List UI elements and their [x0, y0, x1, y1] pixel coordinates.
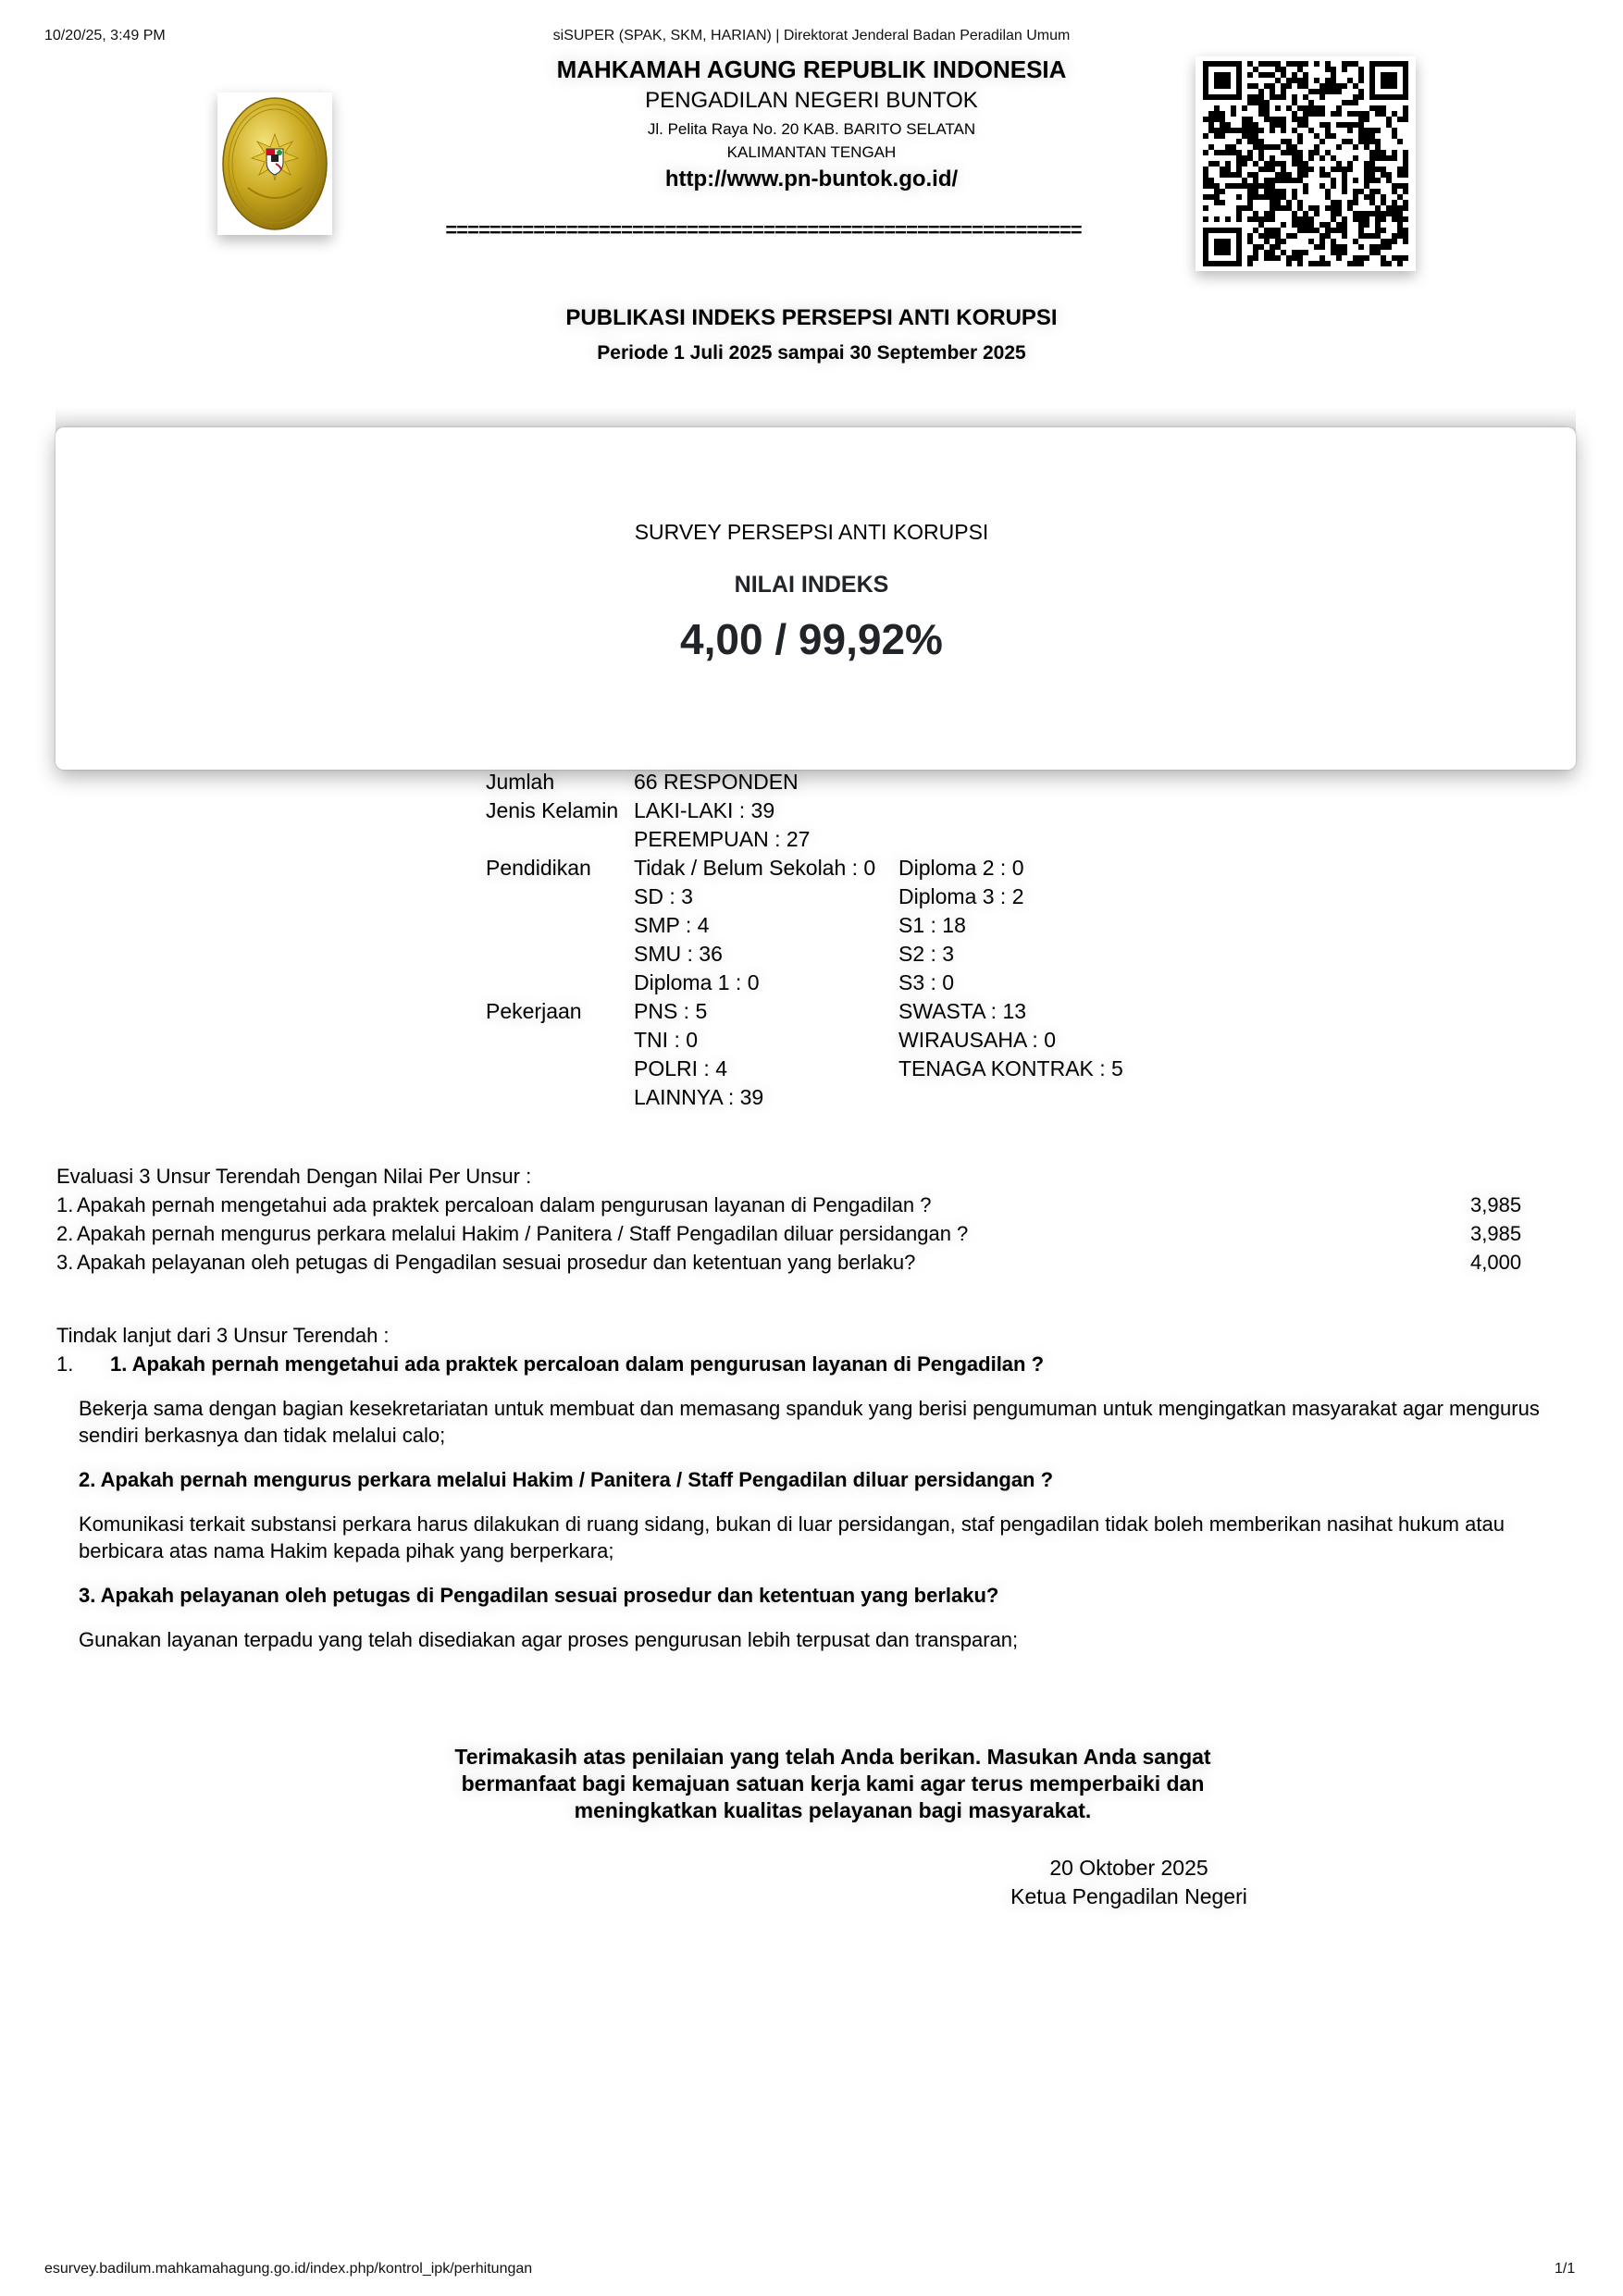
demo-value: S1 : 18	[898, 911, 966, 940]
follow-up-section: Tindak lanjut dari 3 Unsur Terendah : 1.…	[56, 1321, 1574, 1653]
follow-up-action: Gunakan layanan terpadu yang telah dised…	[79, 1626, 1574, 1653]
evaluation-section: Evaluasi 3 Unsur Terendah Dengan Nilai P…	[56, 1162, 1537, 1277]
demo-label: Pekerjaan	[486, 997, 634, 1026]
demo-value: SMP : 4	[634, 911, 898, 940]
demo-label: Jenis Kelamin	[486, 796, 634, 825]
item-number: 2.	[56, 1219, 77, 1248]
demo-label	[486, 883, 634, 911]
qr-code-icon	[1203, 61, 1408, 266]
print-page-title: siSUPER (SPAK, SKM, HARIAN) | Direktorat…	[0, 28, 1623, 44]
list-marker: 1.	[56, 1350, 110, 1378]
demo-label	[486, 940, 634, 969]
item-score: 3,985	[1470, 1191, 1554, 1219]
page-title: PUBLIKASI INDEKS PERSEPSI ANTI KORUPSI	[0, 305, 1623, 331]
item-score: 4,000	[1470, 1248, 1554, 1277]
print-page-number: 1/1	[1555, 2261, 1575, 2277]
item-number: 3.	[56, 1248, 77, 1277]
follow-up-action: Komunikasi terkait substansi perkara har…	[79, 1511, 1574, 1564]
demo-row-occupation: LAINNYA : 39	[486, 1083, 1123, 1112]
demo-value: Tidak / Belum Sekolah : 0	[634, 854, 898, 883]
demo-label	[486, 1083, 634, 1112]
item-question: Apakah pernah mengetahui ada praktek per…	[77, 1191, 1537, 1219]
demo-row-education: SMU : 36S2 : 3	[486, 940, 1123, 969]
demo-row-occupation: POLRI : 4TENAGA KONTRAK : 5	[486, 1055, 1123, 1083]
demo-value: LAINNYA : 39	[634, 1083, 898, 1112]
demo-row-education: SMP : 4S1 : 18	[486, 911, 1123, 940]
demo-row-gender: Jenis Kelamin LAKI-LAKI : 39	[486, 796, 1123, 825]
follow-up-item-1: 1. 1. Apakah pernah mengetahui ada prakt…	[56, 1350, 1574, 1378]
demo-value: LAKI-LAKI : 39	[634, 796, 898, 825]
demo-row-occupation: PekerjaanPNS : 5SWASTA : 13	[486, 997, 1123, 1026]
demo-row-jumlah: Jumlah 66 RESPONDEN	[486, 768, 1123, 796]
demo-value: PNS : 5	[634, 997, 898, 1026]
closing-message: Terimakasih atas penilaian yang telah An…	[370, 1744, 1295, 1824]
demo-label: Pendidikan	[486, 854, 634, 883]
evaluation-title: Evaluasi 3 Unsur Terendah Dengan Nilai P…	[56, 1162, 1537, 1191]
demo-value: 66 RESPONDEN	[634, 768, 898, 796]
demo-label	[486, 911, 634, 940]
index-score-card	[56, 427, 1576, 770]
evaluation-item: 3.Apakah pelayanan oleh petugas di Penga…	[56, 1248, 1537, 1277]
signature-block: 20 Oktober 2025 Ketua Pengadilan Negeri	[944, 1854, 1314, 1911]
follow-up-action: Bekerja sama dengan bagian kesekretariat…	[79, 1395, 1574, 1449]
respondent-demographics: Jumlah 66 RESPONDEN Jenis Kelamin LAKI-L…	[486, 768, 1123, 1112]
follow-up-question: 2. Apakah pernah mengurus perkara melalu…	[79, 1465, 1574, 1494]
demo-label: Jumlah	[486, 768, 634, 796]
item-question: Apakah pelayanan oleh petugas di Pengadi…	[77, 1248, 1537, 1277]
demo-value: WIRAUSAHA : 0	[898, 1026, 1056, 1055]
demo-label	[486, 969, 634, 997]
mahkamah-agung-emblem-icon	[220, 95, 329, 232]
demo-value: Diploma 2 : 0	[898, 854, 1024, 883]
survey-label: SURVEY PERSEPSI ANTI KORUPSI	[0, 520, 1623, 545]
demo-value: Diploma 1 : 0	[634, 969, 898, 997]
demo-value: PEREMPUAN : 27	[634, 825, 898, 854]
item-number: 1.	[56, 1191, 77, 1219]
closing-line: meningkatkan kualitas pelayanan bagi mas…	[370, 1797, 1295, 1824]
demo-row-education: Diploma 1 : 0S3 : 0	[486, 969, 1123, 997]
demo-value: S2 : 3	[898, 940, 954, 969]
evaluation-item: 1.Apakah pernah mengetahui ada praktek p…	[56, 1191, 1537, 1219]
letterhead-divider: ========================================…	[361, 218, 1166, 242]
demo-value: SWASTA : 13	[898, 997, 1026, 1026]
court-logo	[217, 93, 332, 235]
follow-up-question: 1. Apakah pernah mengetahui ada praktek …	[110, 1350, 1044, 1378]
demo-value: TENAGA KONTRAK : 5	[898, 1055, 1123, 1083]
evaluation-item: 2.Apakah pernah mengurus perkara melalui…	[56, 1219, 1537, 1248]
demo-label	[486, 1026, 634, 1055]
index-label: NILAI INDEKS	[0, 572, 1623, 599]
demo-value: Diploma 3 : 2	[898, 883, 1024, 911]
demo-value: S3 : 0	[898, 969, 954, 997]
follow-up-question: 3. Apakah pelayanan oleh petugas di Peng…	[79, 1581, 1574, 1610]
demo-row-education: SD : 3Diploma 3 : 2	[486, 883, 1123, 911]
demo-value: SMU : 36	[634, 940, 898, 969]
closing-line: Terimakasih atas penilaian yang telah An…	[370, 1744, 1295, 1771]
index-value: 4,00 / 99,92%	[0, 614, 1623, 664]
demo-row-gender: PEREMPUAN : 27	[486, 825, 1123, 854]
closing-line: bermanfaat bagi kemajuan satuan kerja ka…	[370, 1771, 1295, 1797]
demo-row-occupation: TNI : 0WIRAUSAHA : 0	[486, 1026, 1123, 1055]
qr-code-box	[1196, 56, 1416, 271]
signatory-title: Ketua Pengadilan Negeri	[944, 1882, 1314, 1911]
demo-value: POLRI : 4	[634, 1055, 898, 1083]
demo-value: TNI : 0	[634, 1026, 898, 1055]
period-subtitle: Periode 1 Juli 2025 sampai 30 September …	[0, 342, 1623, 364]
item-question: Apakah pernah mengurus perkara melalui H…	[77, 1219, 1537, 1248]
item-score: 3,985	[1470, 1219, 1554, 1248]
print-url: esurvey.badilum.mahkamahagung.go.id/inde…	[44, 2261, 532, 2277]
demo-row-education: PendidikanTidak / Belum Sekolah : 0Diplo…	[486, 854, 1123, 883]
demo-label	[486, 1055, 634, 1083]
follow-up-title: Tindak lanjut dari 3 Unsur Terendah :	[56, 1321, 1574, 1350]
signature-date: 20 Oktober 2025	[944, 1854, 1314, 1882]
demo-value: SD : 3	[634, 883, 898, 911]
